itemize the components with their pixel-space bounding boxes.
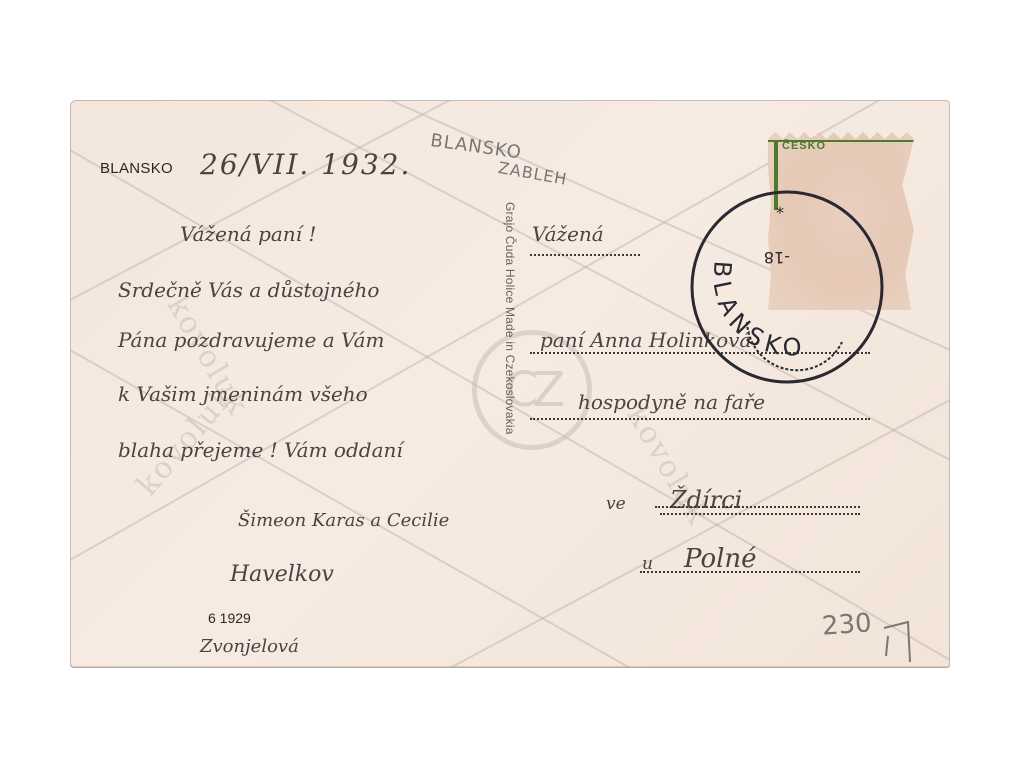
- address-line3: hospodyně na faře: [578, 390, 765, 414]
- message-line: k Vašim jmeninám všeho: [118, 382, 368, 406]
- signature-line: Šimeon Karas a Cecilie: [238, 510, 449, 531]
- address-line4-prefix: ve: [606, 494, 626, 514]
- message-salutation: Vážená paní !: [180, 222, 316, 246]
- svg-text:BLANSKO: BLANSKO: [707, 260, 808, 362]
- handwritten-date: 26/VII. 1932.: [200, 148, 411, 181]
- address-dotted-line: [640, 571, 860, 573]
- address-dotted-line: [530, 254, 640, 256]
- printed-place-name: BLANSKO: [100, 160, 173, 177]
- address-line1: Vážená: [532, 222, 604, 246]
- pencil-note-line2: ZABLEH: [497, 158, 569, 189]
- address-dotted-line: [530, 418, 870, 420]
- signature-line: Havelkov: [230, 562, 334, 587]
- signature-line: Zvonjelová: [200, 636, 299, 657]
- inventory-number: 230: [821, 608, 873, 641]
- stamp-text: ČESKO: [782, 140, 826, 152]
- address-dotted-line: [660, 513, 860, 515]
- bracket-mark: [880, 618, 916, 664]
- postmark-star: *: [776, 203, 784, 222]
- postmark-date: -18: [764, 248, 790, 267]
- publisher-imprint: Grajo Čuda Holice Made in Czekoslovakia: [503, 202, 517, 435]
- message-line: Srdečně Vás a důstojného: [118, 278, 379, 302]
- address-dotted-line: [655, 506, 860, 508]
- postmark: BLANSKO * -18: [682, 182, 892, 392]
- printed-code: 6 1929: [208, 610, 251, 626]
- message-line: blaha přejeme ! Vám oddaní: [118, 438, 403, 462]
- message-line: Pána pozdravujeme a Vám: [118, 328, 384, 352]
- postmark-town: BLANSKO: [707, 260, 808, 362]
- postcard: kovoluk kovoluk kovoluk kovoluk CZ BLANS…: [70, 100, 950, 668]
- address-line5: Polné: [684, 544, 757, 574]
- pencil-note-line1: BLANSKO: [429, 130, 523, 164]
- address-line4: Ždírci: [670, 486, 742, 514]
